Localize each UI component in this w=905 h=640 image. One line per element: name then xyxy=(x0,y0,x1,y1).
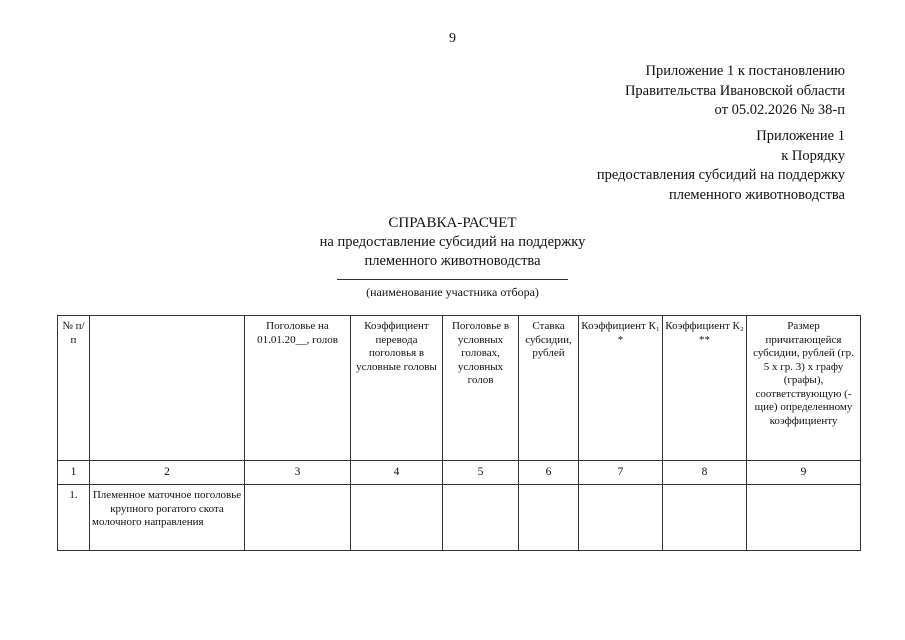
table-header-row: № п/п Поголовье на 01.01.20__, голов Коэ… xyxy=(58,316,861,461)
column-number-cell: 8 xyxy=(663,461,747,485)
header-cell-subsidy-amount: Размер причитающейся субсидии, рублей (г… xyxy=(747,316,861,461)
row-number-cell: 1. xyxy=(58,485,90,551)
appendix-decree-header: Приложение 1 к постановлению Правительст… xyxy=(625,62,845,121)
header-cell-coefficient-k2: Коэффициент К₂ ** xyxy=(663,316,747,461)
header-cell-subsidy-rate: Ставка субсидии, рублей xyxy=(519,316,579,461)
document-title-block: СПРАВКА-РАСЧЕТ на предоставление субсиди… xyxy=(0,214,905,271)
document-subtitle: племенного животноводства xyxy=(0,252,905,271)
appendix-procedure-line: предоставления субсидий на поддержку xyxy=(597,166,845,186)
appendix-decree-line: Приложение 1 к постановлению xyxy=(625,62,845,82)
page-number: 9 xyxy=(0,31,905,47)
column-number-cell: 6 xyxy=(519,461,579,485)
appendix-decree-line: от 05.02.2026 № 38-п xyxy=(625,101,845,121)
header-cell-name xyxy=(90,316,245,461)
document-title: СПРАВКА-РАСЧЕТ xyxy=(0,214,905,233)
column-number-cell: 7 xyxy=(579,461,663,485)
table-row: 1. Племенное маточное поголовье крупного… xyxy=(58,485,861,551)
appendix-procedure-line: Приложение 1 xyxy=(597,127,845,147)
row-conditional-heads-cell xyxy=(443,485,519,551)
appendix-procedure-line: племенного животноводства xyxy=(597,186,845,206)
header-cell-headcount: Поголовье на 01.01.20__, голов xyxy=(245,316,351,461)
row-conversion-coefficient-cell xyxy=(351,485,443,551)
appendix-procedure-header: Приложение 1 к Порядку предоставления су… xyxy=(597,127,845,205)
document-subtitle: на предоставление субсидий на поддержку xyxy=(0,233,905,252)
row-subsidy-amount-cell xyxy=(747,485,861,551)
appendix-decree-line: Правительства Ивановской области xyxy=(625,82,845,102)
row-livestock-name-cell: Племенное маточное поголовье крупного ро… xyxy=(90,485,245,551)
column-number-cell: 2 xyxy=(90,461,245,485)
header-cell-conditional-heads: Поголовье в условных головах, условных г… xyxy=(443,316,519,461)
column-number-cell: 4 xyxy=(351,461,443,485)
column-number-cell: 1 xyxy=(58,461,90,485)
header-cell-conversion-coefficient: Коэффициент перевода поголовья в условны… xyxy=(351,316,443,461)
row-coefficient-k1-cell xyxy=(579,485,663,551)
appendix-procedure-line: к Порядку xyxy=(597,147,845,167)
subsidy-calculation-table: № п/п Поголовье на 01.01.20__, голов Коэ… xyxy=(57,315,861,551)
column-number-cell: 5 xyxy=(443,461,519,485)
column-number-row: 1 2 3 4 5 6 7 8 9 xyxy=(58,461,861,485)
column-number-cell: 3 xyxy=(245,461,351,485)
participant-name-blank-line xyxy=(337,279,568,280)
row-headcount-cell xyxy=(245,485,351,551)
header-cell-number: № п/п xyxy=(58,316,90,461)
row-subsidy-rate-cell xyxy=(519,485,579,551)
header-cell-coefficient-k1: Коэффициент К₁ * xyxy=(579,316,663,461)
participant-caption: (наименование участника отбора) xyxy=(0,285,905,300)
row-coefficient-k2-cell xyxy=(663,485,747,551)
column-number-cell: 9 xyxy=(747,461,861,485)
